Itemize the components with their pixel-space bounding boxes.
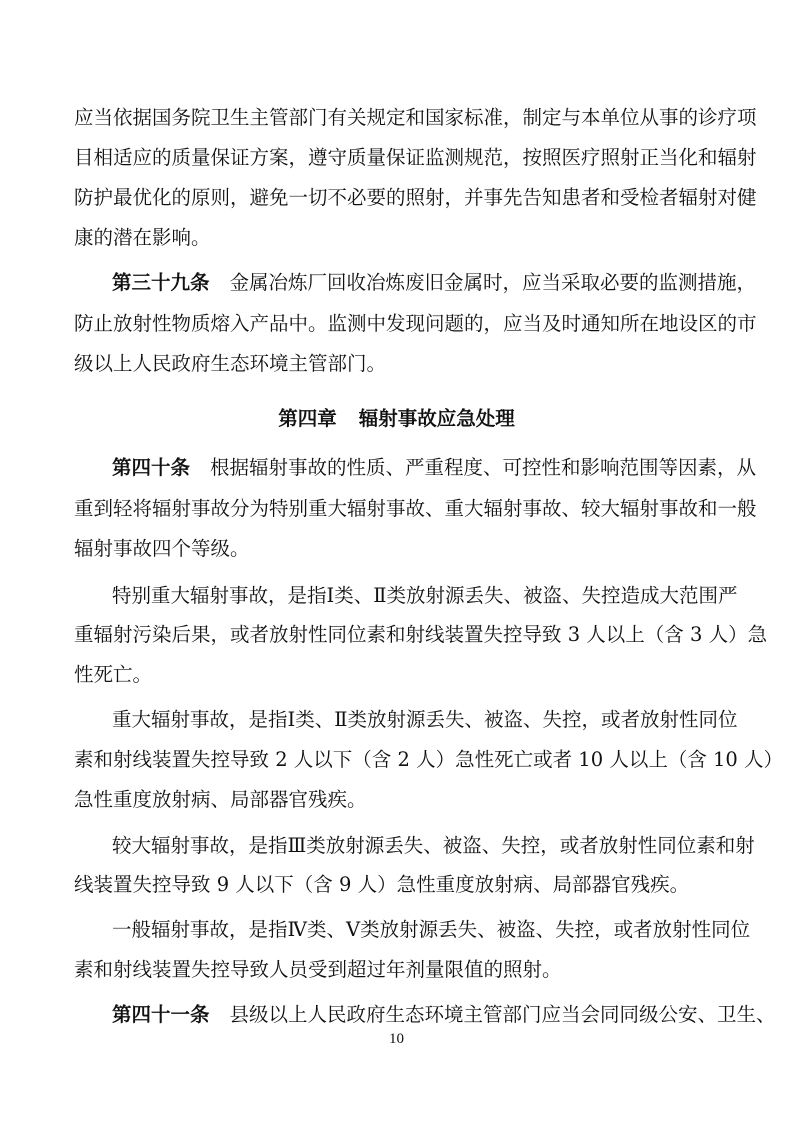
- article-label: 第三十九条: [112, 271, 210, 294]
- article-text: 根据辐射事故的性质、严重程度、可控性和影响范围等因素，从: [210, 456, 756, 479]
- text-line: 级以上人民政府生态环境主管部门。: [74, 352, 722, 376]
- text-line: 重到轻将辐射事故分为特别重大辐射事故、重大辐射事故、较大辐射事故和一般: [74, 497, 722, 521]
- text-line: 素和射线装置失控导致 2 人以下（含 2 人）急性死亡或者 10 人以上（含 1…: [74, 748, 722, 772]
- text-line: 重辐射污染后果，或者放射性同位素和射线装置失控导致 3 人以上（含 3 人）急: [74, 623, 722, 647]
- text-line: 线装置失控导致 9 人以下（含 9 人）急性重度放射病、局部器官残疾。: [74, 873, 722, 897]
- text-line: 特别重大辐射事故，是指Ⅰ类、Ⅱ类放射源丢失、被盗、失控造成大范围严: [112, 584, 722, 608]
- document-page: 应当依据国务院卫生主管部门有关规定和国家标准，制定与本单位从事的诊疗项 目相适应…: [0, 0, 793, 1122]
- text-line: 素和射线装置失控导致人员受到超过年剂量限值的照射。: [74, 958, 722, 982]
- text-line: 目相适应的质量保证方案，遵守质量保证监测规范，按照医疗照射正当化和辐射: [74, 146, 722, 170]
- text-line: 急性重度放射病、局部器官残疾。: [74, 788, 722, 812]
- text-line: 较大辐射事故，是指Ⅲ类放射源丢失、被盗、失控，或者放射性同位素和射: [112, 834, 722, 858]
- text-line: 第三十九条金属冶炼厂回收冶炼废旧金属时，应当采取必要的监测措施，: [112, 271, 722, 295]
- text-line: 一般辐射事故，是指Ⅳ类、Ⅴ类放射源丢失、被盗、失控，或者放射性同位: [112, 918, 722, 942]
- text-line: 重大辐射事故，是指Ⅰ类、Ⅱ类放射源丢失、被盗、失控，或者放射性同位: [112, 708, 722, 732]
- text-line: 康的潜在影响。: [74, 226, 722, 250]
- page-number: 10: [0, 1031, 793, 1048]
- text-line: 防止放射性物质熔入产品中。监测中发现问题的，应当及时通知所在地设区的市: [74, 312, 722, 336]
- text-line: 应当依据国务院卫生主管部门有关规定和国家标准，制定与本单位从事的诊疗项: [74, 106, 722, 130]
- article-text: 金属冶炼厂回收冶炼废旧金属时，应当采取必要的监测措施，: [230, 271, 757, 294]
- article-label: 第四十条: [112, 456, 190, 479]
- text-line: 第四十条根据辐射事故的性质、严重程度、可控性和影响范围等因素，从: [112, 456, 722, 480]
- text-line: 辐射事故四个等级。: [74, 537, 722, 561]
- chapter-heading: 第四章辐射事故应急处理: [0, 407, 793, 431]
- chapter-title: 辐射事故应急处理: [359, 407, 515, 430]
- chapter-label: 第四章: [278, 407, 337, 430]
- article-label: 第四十一条: [112, 1003, 210, 1026]
- text-line: 第四十一条县级以上人民政府生态环境主管部门应当会同同级公安、卫生、: [112, 1003, 722, 1027]
- article-text: 县级以上人民政府生态环境主管部门应当会同同级公安、卫生、: [230, 1003, 776, 1026]
- text-line: 性死亡。: [74, 663, 722, 687]
- text-line: 防护最优化的原则，避免一切不必要的照射，并事先告知患者和受检者辐射对健: [74, 186, 722, 210]
